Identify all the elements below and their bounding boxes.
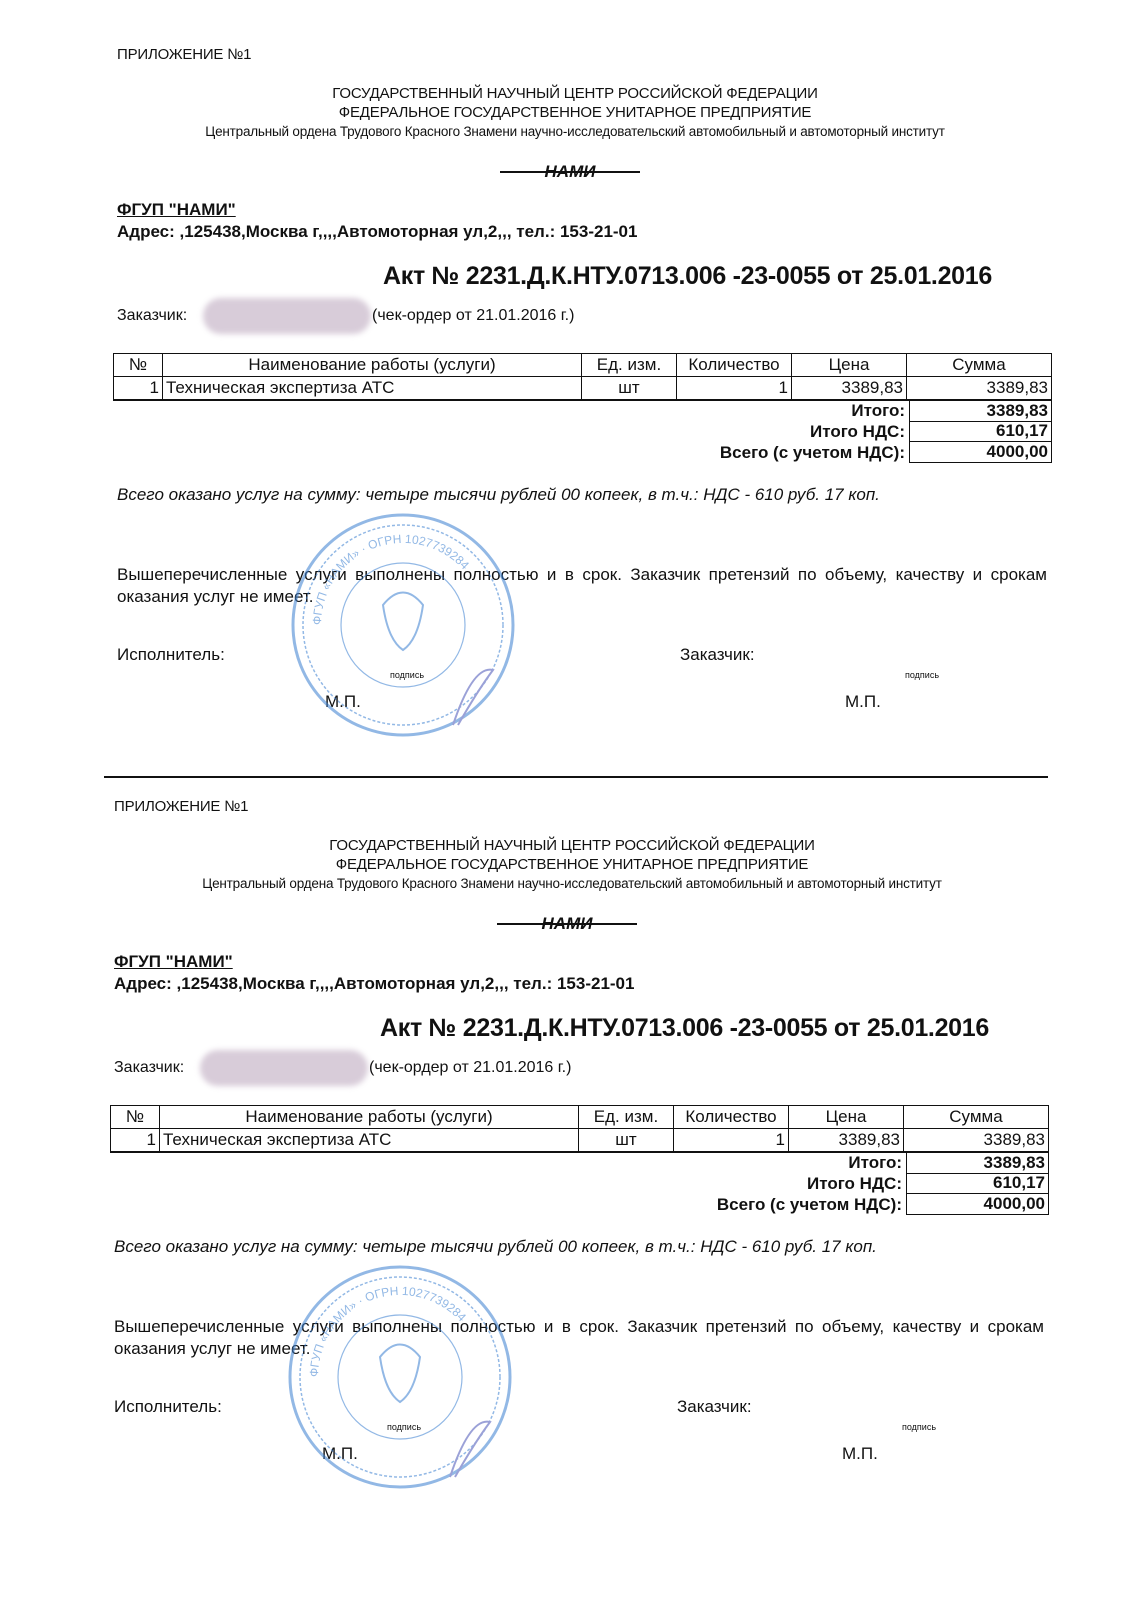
company-address: Адрес: ,125438,Москва г,,,,Автомоторная … [117,222,637,242]
sum-in-words: Всего оказано услуг на сумму: четыре тыс… [117,485,880,505]
nami-logo-icon: НАМИ [500,162,640,180]
customer-stamp-place: М.П. [845,692,881,712]
grand-total-label: Всего (с учетом НДС): [717,1195,906,1215]
svg-text:НАМИ: НАМИ [545,162,597,180]
cell-unit: шт [582,377,677,401]
cell-number: 1 [114,377,163,401]
act-copy-2: ПРИЛОЖЕНИЕ №1 ГОСУДАРСТВЕННЫЙ НАУЧНЫЙ ЦЕ… [0,752,1129,1512]
nami-logo-icon: НАМИ [497,914,637,932]
svg-text:ФГУП «НАМИ» · ОГРН 1027739284: ФГУП «НАМИ» · ОГРН 1027739284 [310,532,472,625]
totals-block: Итого: 3389,83 Итого НДС: 610,17 Всего (… [597,1152,1049,1215]
services-table: № Наименование работы (услуги) Ед. изм. … [110,1105,1049,1153]
vat-row: Итого НДС: 610,17 [597,1173,1049,1194]
total-label: Итого: [848,1153,906,1173]
appendix-label: ПРИЛОЖЕНИЕ №1 [117,46,251,63]
customer-signature-caption: подпись [902,1422,936,1432]
cell-price: 3389,83 [792,377,907,401]
cell-sum: 3389,83 [907,377,1052,401]
org-line-2: ФЕДЕРАЛЬНОЕ ГОСУДАРСТВЕННОЕ УНИТАРНОЕ ПР… [0,856,1132,873]
act-title: Акт № 2231.Д.К.НТУ.0713.006 -23-0055 от … [383,262,992,291]
grand-total-row: Всего (с учетом НДС): 4000,00 [597,1194,1049,1215]
cell-sum: 3389,83 [904,1129,1049,1153]
round-stamp-icon: ФГУП «НАМИ» · ОГРН 1027739284 [285,1262,515,1492]
col-header-number: № [111,1106,160,1129]
col-header-name: Наименование работы (услуги) [160,1106,579,1129]
customer-label: Заказчик: [114,1059,184,1077]
appendix-label: ПРИЛОЖЕНИЕ №1 [114,798,248,815]
svg-text:НАМИ: НАМИ [542,914,594,932]
executor-label: Исполнитель: [117,645,225,665]
vat-label: Итого НДС: [807,1174,906,1194]
act-copy-1: ПРИЛОЖЕНИЕ №1 ГОСУДАРСТВЕННЫЙ НАУЧНЫЙ ЦЕ… [0,0,1132,760]
org-line-1: ГОСУДАРСТВЕННЫЙ НАУЧНЫЙ ЦЕНТР РОССИЙСКОЙ… [0,85,1132,102]
cell-number: 1 [111,1129,160,1153]
check-order-ref: (чек-ордер от 21.01.2016 г.) [369,1059,571,1077]
services-table: № Наименование работы (услуги) Ед. изм. … [113,353,1052,401]
col-header-price: Цена [789,1106,904,1129]
grand-total-value: 4000,00 [906,1194,1049,1215]
cell-price: 3389,83 [789,1129,904,1153]
totals-block: Итого: 3389,83 Итого НДС: 610,17 Всего (… [600,400,1052,463]
total-label: Итого: [851,401,909,421]
grand-total-value: 4000,00 [909,442,1052,463]
total-row: Итого: 3389,83 [597,1152,1049,1173]
customer-name-redacted [200,1050,368,1086]
col-header-unit: Ед. изм. [579,1106,674,1129]
col-header-sum: Сумма [907,354,1052,377]
org-line-3: Центральный ордена Трудового Красного Зн… [0,124,1132,139]
cell-name: Техническая экспертиза АТС [160,1129,579,1153]
company-name: ФГУП "НАМИ" [114,952,233,972]
customer-stamp-place: М.П. [842,1444,878,1464]
customer-name-redacted [203,298,371,334]
company-name: ФГУП "НАМИ" [117,200,236,220]
col-header-number: № [114,354,163,377]
vat-row: Итого НДС: 610,17 [600,421,1052,442]
cell-name: Техническая экспертиза АТС [163,377,582,401]
completion-statement: Вышеперечисленные услуги выполнены полно… [114,1316,1044,1360]
total-value: 3389,83 [909,400,1052,422]
executor-label: Исполнитель: [114,1397,222,1417]
completion-statement: Вышеперечисленные услуги выполнены полно… [117,564,1047,608]
col-header-unit: Ед. изм. [582,354,677,377]
vat-value: 610,17 [906,1173,1049,1194]
act-title: Акт № 2231.Д.К.НТУ.0713.006 -23-0055 от … [380,1014,989,1043]
customer-signature-caption: подпись [905,670,939,680]
cell-unit: шт [579,1129,674,1153]
total-value: 3389,83 [906,1152,1049,1174]
col-header-name: Наименование работы (услуги) [163,354,582,377]
table-row: 1 Техническая экспертиза АТС шт 1 3389,8… [114,377,1052,401]
vat-label: Итого НДС: [810,422,909,442]
org-line-1: ГОСУДАРСТВЕННЫЙ НАУЧНЫЙ ЦЕНТР РОССИЙСКОЙ… [0,837,1132,854]
vat-value: 610,17 [909,421,1052,442]
col-header-quantity: Количество [677,354,792,377]
sum-in-words: Всего оказано услуг на сумму: четыре тыс… [114,1237,877,1257]
table-row: 1 Техническая экспертиза АТС шт 1 3389,8… [111,1129,1049,1153]
cell-quantity: 1 [674,1129,789,1153]
org-line-2: ФЕДЕРАЛЬНОЕ ГОСУДАРСТВЕННОЕ УНИТАРНОЕ ПР… [0,104,1132,121]
table-header-row: № Наименование работы (услуги) Ед. изм. … [111,1106,1049,1129]
col-header-sum: Сумма [904,1106,1049,1129]
total-row: Итого: 3389,83 [600,400,1052,421]
col-header-price: Цена [792,354,907,377]
cell-quantity: 1 [677,377,792,401]
col-header-quantity: Количество [674,1106,789,1129]
round-stamp-icon: ФГУП «НАМИ» · ОГРН 1027739284 [288,510,518,740]
customer-label: Заказчик: [117,307,187,325]
grand-total-row: Всего (с учетом НДС): 4000,00 [600,442,1052,463]
company-address: Адрес: ,125438,Москва г,,,,Автомоторная … [114,974,634,994]
org-line-3: Центральный ордена Трудового Красного Зн… [0,876,1132,891]
customer-sign-label: Заказчик: [680,645,755,665]
grand-total-label: Всего (с учетом НДС): [720,443,909,463]
check-order-ref: (чек-ордер от 21.01.2016 г.) [372,307,574,325]
customer-sign-label: Заказчик: [677,1397,752,1417]
table-header-row: № Наименование работы (услуги) Ед. изм. … [114,354,1052,377]
svg-text:ФГУП «НАМИ» · ОГРН 1027739284: ФГУП «НАМИ» · ОГРН 1027739284 [307,1284,469,1377]
